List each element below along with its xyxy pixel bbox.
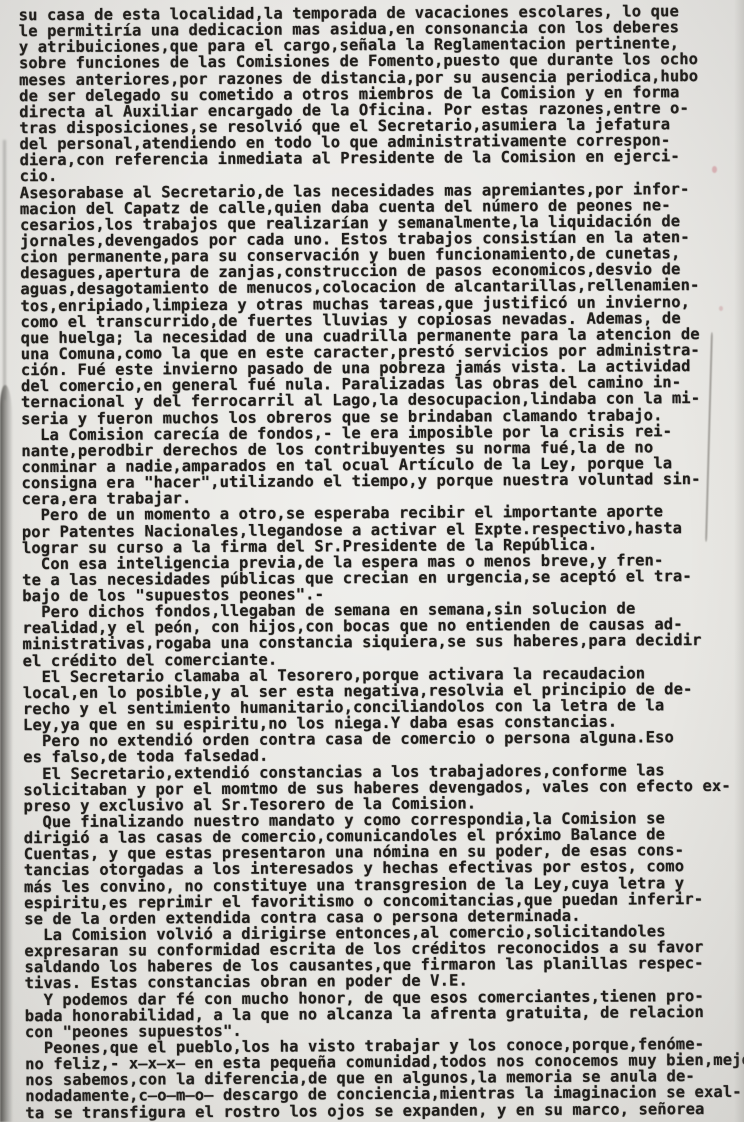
left-edge-shadow [3,140,6,400]
text-line: ta se transfigura el rostro los ojos se … [25,1100,731,1120]
paper-speck [719,306,723,311]
right-edge-shadow [734,0,744,1122]
left-fold-crease [0,385,13,1122]
text-line: te a las necesidades públicas que crecia… [22,568,728,588]
document-text: su casa de esta localidad,la temporada d… [19,3,732,1121]
paper-speck [712,166,717,173]
text-line: consigna era "hacer",utilizando el tiemp… [21,471,727,491]
typewritten-page: su casa de esta localidad,la temporada d… [0,0,744,1122]
text-line: bada honorabilidad, a la que no alcanza … [25,1004,731,1024]
